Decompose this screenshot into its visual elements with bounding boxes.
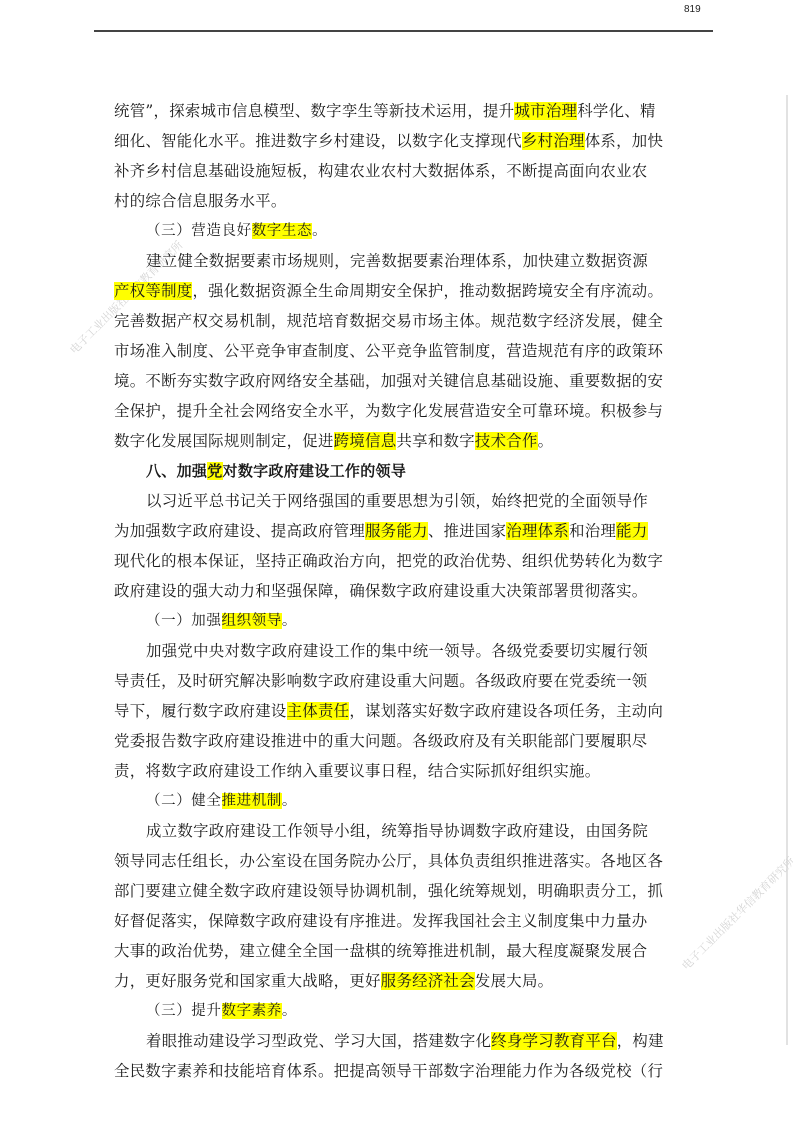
text-segment: 成立数字政府建设工作领导小组，统筹指导协调数字政府建设，由国务院 bbox=[146, 822, 648, 840]
text-segment: 境。不断夯实数字政府网络安全基础，加强对关键信息基础设施、重要数据的安 bbox=[114, 372, 663, 390]
highlighted-text: 乡村治理 bbox=[522, 132, 585, 150]
text-segment: 好督促落实，保障数字政府建设有序推进。发挥我国社会主义制度集中力量办 bbox=[114, 912, 647, 930]
text-segment: 加强党中央对数字政府建设工作的集中统一领导。各级党委要切实履行领 bbox=[146, 642, 648, 660]
text-segment: 以习近平总书记关于网络强国的重要思想为引领，始终把党的全面领导作 bbox=[146, 492, 648, 510]
text-segment: 村的综合信息服务水平。 bbox=[114, 192, 287, 210]
highlighted-text: 服务能力 bbox=[365, 522, 428, 540]
header-rule bbox=[94, 30, 713, 32]
highlighted-text: 产权等制度 bbox=[114, 282, 192, 300]
paragraph-start-line: 成立数字政府建设工作领导小组，统筹指导协调数字政府建设，由国务院 bbox=[114, 816, 714, 846]
text-segment: 大事的政治优势，建立健全全国一盘棋的统筹推进机制，最大程度凝聚发展合 bbox=[114, 942, 647, 960]
text-segment: 数字化发展国际规则制定，促进 bbox=[114, 432, 334, 450]
text-segment: 。 bbox=[538, 432, 554, 450]
text-line: 导责任，及时研究解决影响数字政府建设重大问题。各级政府要在党委统一领 bbox=[114, 666, 714, 696]
subsection-heading: （二）健全推进机制。 bbox=[114, 786, 714, 816]
highlighted-text: 组织领导 bbox=[222, 613, 282, 629]
text-segment: 对数字政府建设工作的领导 bbox=[223, 462, 407, 480]
text-line: 村的综合信息服务水平。 bbox=[114, 186, 714, 216]
text-segment: ，强化数据资源全生命周期安全保护，推动数据跨境安全有序流动。 bbox=[192, 282, 663, 300]
text-line: 补齐乡村信息基础设施短板，构建农业农村大数据体系，不断提高面向农业农 bbox=[114, 156, 714, 186]
text-segment: 和治理 bbox=[569, 522, 616, 540]
text-line: 为加强数字政府建设、提高政府管理服务能力、推进国家治理体系和治理能力 bbox=[114, 516, 714, 546]
highlighted-text: 数字素养 bbox=[222, 1003, 282, 1019]
text-segment: 补齐乡村信息基础设施短板，构建农业农村大数据体系，不断提高面向农业农 bbox=[114, 162, 647, 180]
text-line: 市场准入制度、公平竞争审查制度、公平竞争监管制度，营造规范有序的政策环 bbox=[114, 336, 714, 366]
text-line: 完善数据产权交易机制，规范培育数据交易市场主体。规范数字经济发展，健全 bbox=[114, 306, 714, 336]
text-line: 统管”，探索城市信息模型、数字孪生等新技术运用，提升城市治理科学化、精 bbox=[114, 96, 714, 126]
highlighted-text: 推进机制 bbox=[222, 793, 282, 809]
text-segment: 建立健全数据要素市场规则，完善数据要素治理体系，加快建立数据资源 bbox=[146, 252, 648, 270]
text-line: 政府建设的强大动力和坚强保障，确保数字政府建设重大决策部署贯彻落实。 bbox=[114, 576, 714, 606]
text-segment: 着眼推动建设学习型政党、学习大国，搭建数字化 bbox=[146, 1032, 491, 1050]
text-segment: ，构建 bbox=[617, 1032, 664, 1050]
page-edge-line bbox=[786, 95, 788, 1045]
text-segment: 发展大局。 bbox=[475, 972, 553, 990]
text-segment: 共享和数字 bbox=[396, 432, 474, 450]
subsection-heading: （三）提升数字素养。 bbox=[114, 996, 714, 1026]
paragraph-start-line: 以习近平总书记关于网络强国的重要思想为引领，始终把党的全面领导作 bbox=[114, 486, 714, 516]
text-segment: 全保护，提升全社会网络安全水平，为数字化发展营造安全可靠环境。积极参与 bbox=[114, 402, 663, 420]
text-segment: 统管”，探索城市信息模型、数字孪生等新技术运用，提升 bbox=[114, 102, 514, 120]
text-segment: 细化、智能化水平。推进数字乡村建设，以数字化支撑现代 bbox=[114, 132, 522, 150]
text-segment: 领导同志任组长，办公室设在国务院办公厅，具体负责组织推进落实。各地区各 bbox=[114, 852, 663, 870]
paragraph-start-line: 着眼推动建设学习型政党、学习大国，搭建数字化终身学习教育平台，构建 bbox=[114, 1026, 714, 1056]
highlighted-text: 党 bbox=[207, 462, 222, 480]
text-segment: 市场准入制度、公平竞争审查制度、公平竞争监管制度，营造规范有序的政策环 bbox=[114, 342, 663, 360]
text-segment: 政府建设的强大动力和坚强保障，确保数字政府建设重大决策部署贯彻落实。 bbox=[114, 582, 647, 600]
text-segment: 导下，履行数字政府建设 bbox=[114, 702, 287, 720]
highlighted-text: 跨境信息 bbox=[334, 432, 397, 450]
text-segment: 科学化、精 bbox=[577, 102, 655, 120]
text-line: 全保护，提升全社会网络安全水平，为数字化发展营造安全可靠环境。积极参与 bbox=[114, 396, 714, 426]
text-line: 导下，履行数字政府建设主体责任，谋划落实好数字政府建设各项任务，主动向 bbox=[114, 696, 714, 726]
text-segment: 完善数据产权交易机制，规范培育数据交易市场主体。规范数字经济发展，健全 bbox=[114, 312, 663, 330]
text-segment: 、推进国家 bbox=[428, 522, 506, 540]
text-segment: 党委报告数字政府建设推进中的重大问题。各级政府及有关职能部门要履职尽 bbox=[114, 732, 647, 750]
highlighted-text: 终身学习教育平台 bbox=[491, 1032, 617, 1050]
text-line: 细化、智能化水平。推进数字乡村建设，以数字化支撑现代乡村治理体系，加快 bbox=[114, 126, 714, 156]
subsection-heading: （一）加强组织领导。 bbox=[114, 606, 714, 636]
text-segment: 责，将数字政府建设工作纳入重要议事日程，结合实际抓好组织实施。 bbox=[114, 762, 600, 780]
text-segment: 全民数字素养和技能培育体系。把提高领导干部数字治理能力作为各级党校（行 bbox=[114, 1062, 663, 1080]
paragraph-start-line: 建立健全数据要素市场规则，完善数据要素治理体系，加快建立数据资源 bbox=[114, 246, 714, 276]
text-line: 好督促落实，保障数字政府建设有序推进。发挥我国社会主义制度集中力量办 bbox=[114, 906, 714, 936]
text-line: 责，将数字政府建设工作纳入重要议事日程，结合实际抓好组织实施。 bbox=[114, 756, 714, 786]
text-segment: 部门要建立健全数字政府建设领导协调机制，强化统筹规划，明确职责分工，抓 bbox=[114, 882, 663, 900]
paragraph-start-line: 加强党中央对数字政府建设工作的集中统一领导。各级党委要切实履行领 bbox=[114, 636, 714, 666]
highlighted-text: 数字生态 bbox=[252, 223, 312, 239]
text-segment: （三）营造良好 bbox=[146, 223, 252, 239]
text-segment: （一）加强 bbox=[146, 613, 222, 629]
text-segment: 体系，加快 bbox=[585, 132, 663, 150]
text-line: 力，更好服务党和国家重大战略，更好服务经济社会发展大局。 bbox=[114, 966, 714, 996]
text-segment: 八、加强 bbox=[146, 462, 207, 480]
highlighted-text: 能力 bbox=[616, 522, 647, 540]
text-segment: 。 bbox=[312, 223, 327, 239]
text-segment: 导责任，及时研究解决影响数字政府建设重大问题。各级政府要在党委统一领 bbox=[114, 672, 647, 690]
text-segment: 。 bbox=[282, 613, 297, 629]
text-line: 数字化发展国际规则制定，促进跨境信息共享和数字技术合作。 bbox=[114, 426, 714, 456]
highlighted-text: 服务经济社会 bbox=[381, 972, 475, 990]
highlighted-text: 主体责任 bbox=[287, 702, 350, 720]
highlighted-text: 技术合作 bbox=[475, 432, 538, 450]
text-segment: 为加强数字政府建设、提高政府管理 bbox=[114, 522, 365, 540]
text-line: 党委报告数字政府建设推进中的重大问题。各级政府及有关职能部门要履职尽 bbox=[114, 726, 714, 756]
text-line: 境。不断夯实数字政府网络安全基础，加强对关键信息基础设施、重要数据的安 bbox=[114, 366, 714, 396]
text-segment: 现代化的根本保证，坚持正确政治方向，把党的政治优势、组织优势转化为数字 bbox=[114, 552, 663, 570]
text-segment: 力，更好服务党和国家重大战略，更好 bbox=[114, 972, 381, 990]
text-segment: 。 bbox=[282, 793, 297, 809]
text-line: 大事的政治优势，建立健全全国一盘棋的统筹推进机制，最大程度凝聚发展合 bbox=[114, 936, 714, 966]
text-line: 产权等制度，强化数据资源全生命周期安全保护，推动数据跨境安全有序流动。 bbox=[114, 276, 714, 306]
highlighted-text: 治理体系 bbox=[506, 522, 569, 540]
text-segment: （二）健全 bbox=[146, 793, 222, 809]
text-line: 领导同志任组长，办公室设在国务院办公厅，具体负责组织推进落实。各地区各 bbox=[114, 846, 714, 876]
text-line: 部门要建立健全数字政府建设领导协调机制，强化统筹规划，明确职责分工，抓 bbox=[114, 876, 714, 906]
text-segment: ，谋划落实好数字政府建设各项任务，主动向 bbox=[349, 702, 663, 720]
text-line: 全民数字素养和技能培育体系。把提高领导干部数字治理能力作为各级党校（行 bbox=[114, 1056, 714, 1086]
text-segment: （三）提升 bbox=[146, 1003, 222, 1019]
section-heading: 八、加强党对数字政府建设工作的领导 bbox=[114, 456, 714, 486]
page-number: 819 bbox=[684, 4, 701, 15]
highlighted-text: 城市治理 bbox=[514, 102, 577, 120]
document-body: 统管”，探索城市信息模型、数字孪生等新技术运用，提升城市治理科学化、精细化、智能… bbox=[114, 96, 714, 1086]
subsection-heading: （三）营造良好数字生态。 bbox=[114, 216, 714, 246]
text-segment: 。 bbox=[282, 1003, 297, 1019]
text-line: 现代化的根本保证，坚持正确政治方向，把党的政治优势、组织优势转化为数字 bbox=[114, 546, 714, 576]
